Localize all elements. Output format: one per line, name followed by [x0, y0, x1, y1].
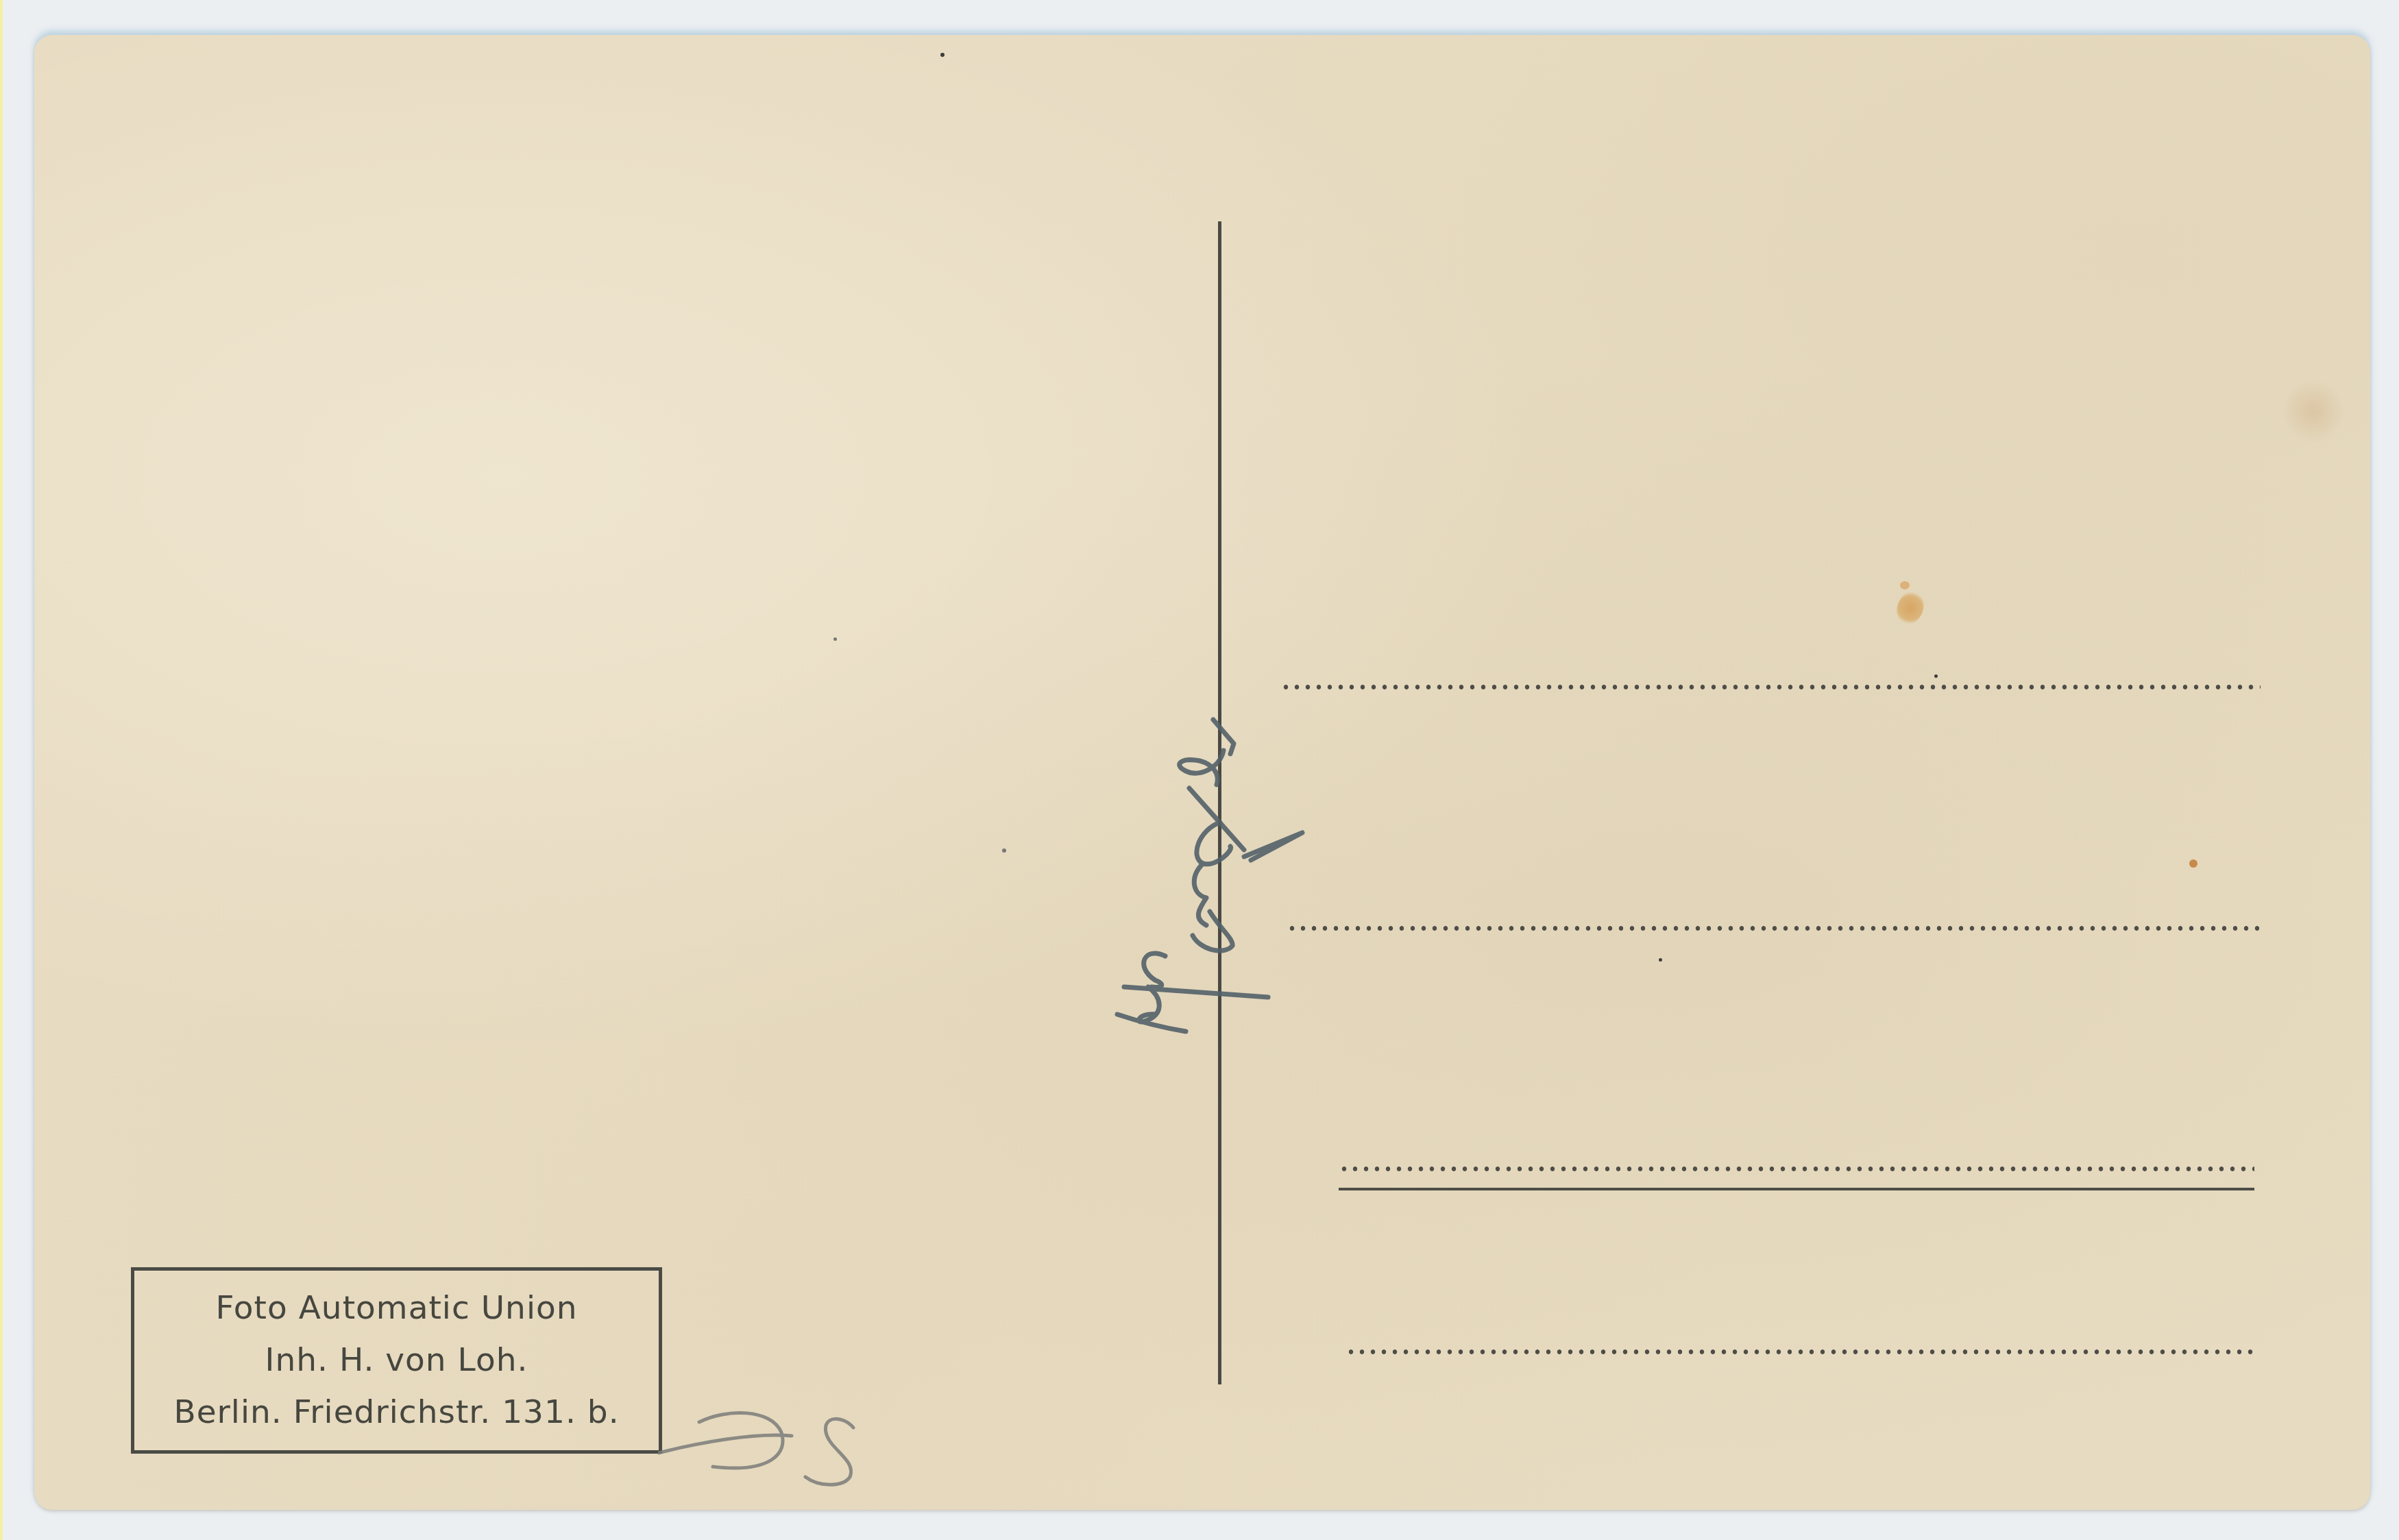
scanner-edge-strip — [0, 0, 3, 1540]
speck — [1659, 958, 1662, 962]
pencil-note — [658, 1402, 870, 1491]
address-line-2 — [1287, 926, 2260, 931]
address-line-3 — [1339, 1166, 2254, 1171]
foxing-stain-small — [1900, 581, 1910, 589]
address-line-1 — [1280, 685, 2261, 689]
speck — [940, 53, 945, 57]
address-line-solid — [1339, 1188, 2254, 1190]
speck — [1934, 674, 1938, 678]
stamp-line-3: Berlin. Friedrichstr. 131. b. — [173, 1386, 619, 1439]
publisher-stamp: Foto Automatic Union Inh. H. von Loh. Be… — [131, 1267, 662, 1454]
stamp-line-1: Foto Automatic Union — [215, 1282, 577, 1334]
handwritten-signature — [1097, 692, 1316, 1076]
faint-stain — [2282, 377, 2344, 445]
stamp-line-2: Inh. H. von Loh. — [265, 1334, 528, 1386]
speck — [1002, 848, 1006, 853]
address-line-4 — [1345, 1349, 2257, 1354]
speck — [833, 637, 837, 641]
foxing-dot — [2189, 859, 2197, 868]
